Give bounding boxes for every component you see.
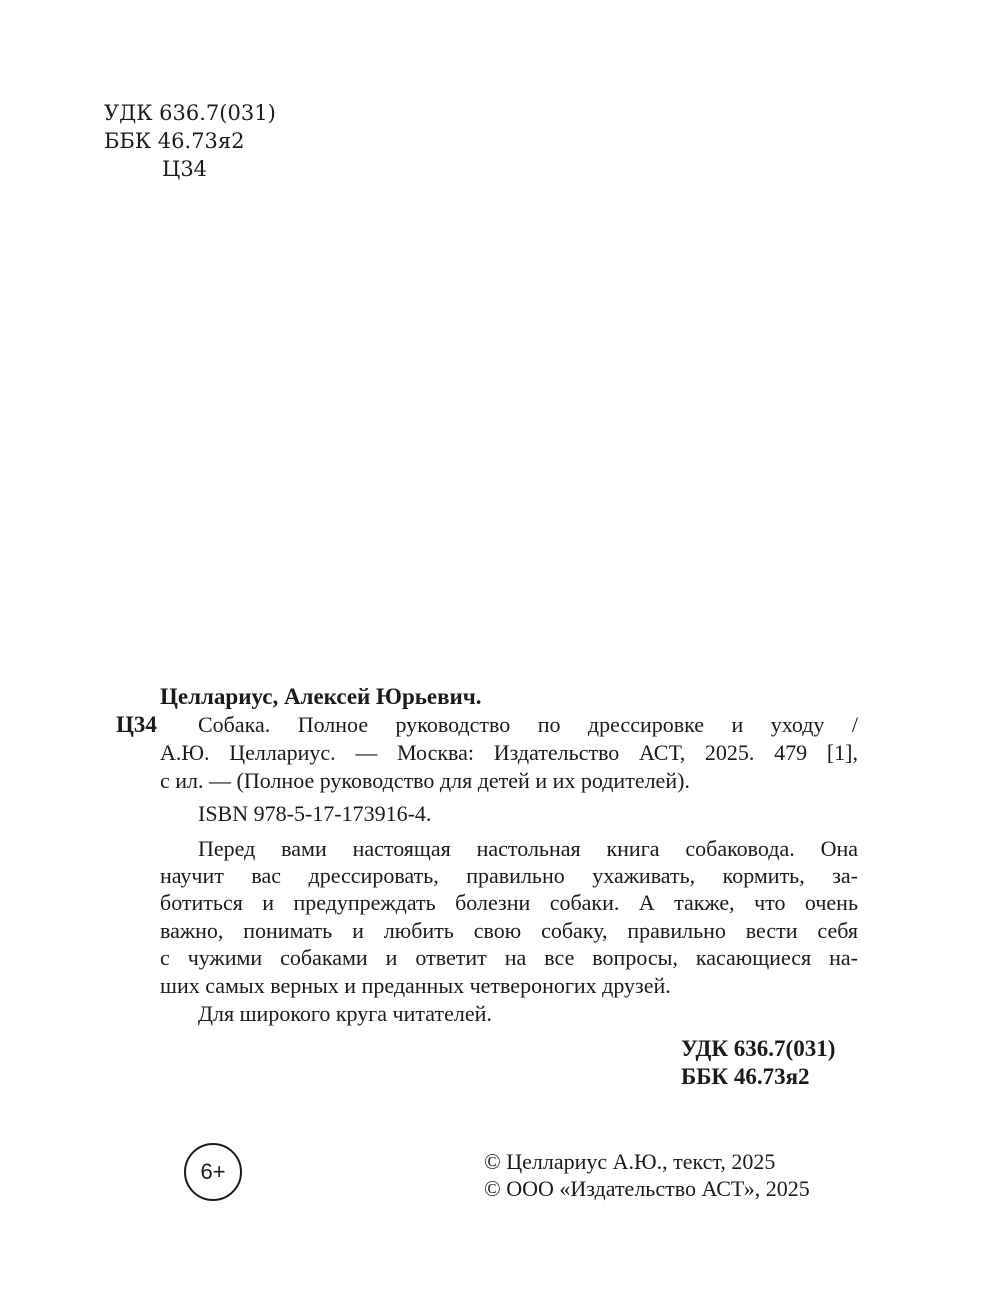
record-author-sign: Ц34 xyxy=(116,711,157,739)
copyright-line: © ООО «Издательство АСТ», 2025 xyxy=(484,1175,810,1203)
age-rating-badge: 6+ xyxy=(184,1143,242,1201)
author-sign: Ц34 xyxy=(162,155,207,183)
description-line: Собака. Полное руководство по дрессировк… xyxy=(198,711,858,739)
annotation-line: важно, понимать и любить свою собаку, пр… xyxy=(160,917,858,945)
udk-code-footer: УДК 636.7(031) xyxy=(681,1035,835,1063)
annotation-line: с чужими собаками и ответит на все вопро… xyxy=(160,944,858,972)
annotation-line: научит вас дрессировать, правильно ухажи… xyxy=(160,862,858,890)
bbk-code: ББК 46.73я2 xyxy=(104,127,245,155)
description-line: А.Ю. Целлариус. — Москва: Издательство А… xyxy=(160,739,858,767)
author-heading: Целлариус, Алексей Юрьевич. xyxy=(160,683,482,711)
description-line: с ил. — (Полное руководство для детей и … xyxy=(160,767,690,795)
audience-note: Для широкого круга читателей. xyxy=(198,1000,492,1028)
annotation-line: ботиться и предупреждать болезни собаки.… xyxy=(160,889,858,917)
copyright-line: © Целлариус А.Ю., текст, 2025 xyxy=(484,1148,775,1176)
udk-code: УДК 636.7(031) xyxy=(104,99,276,127)
age-rating-label: 6+ xyxy=(200,1159,225,1185)
bbk-code-footer: ББК 46.73я2 xyxy=(681,1063,810,1091)
isbn: ISBN 978-5-17-173916-4. xyxy=(198,800,431,828)
annotation-line: ших самых верных и преданных четвероноги… xyxy=(160,972,671,1000)
annotation-line: Перед вами настоящая настольная книга со… xyxy=(198,835,858,863)
